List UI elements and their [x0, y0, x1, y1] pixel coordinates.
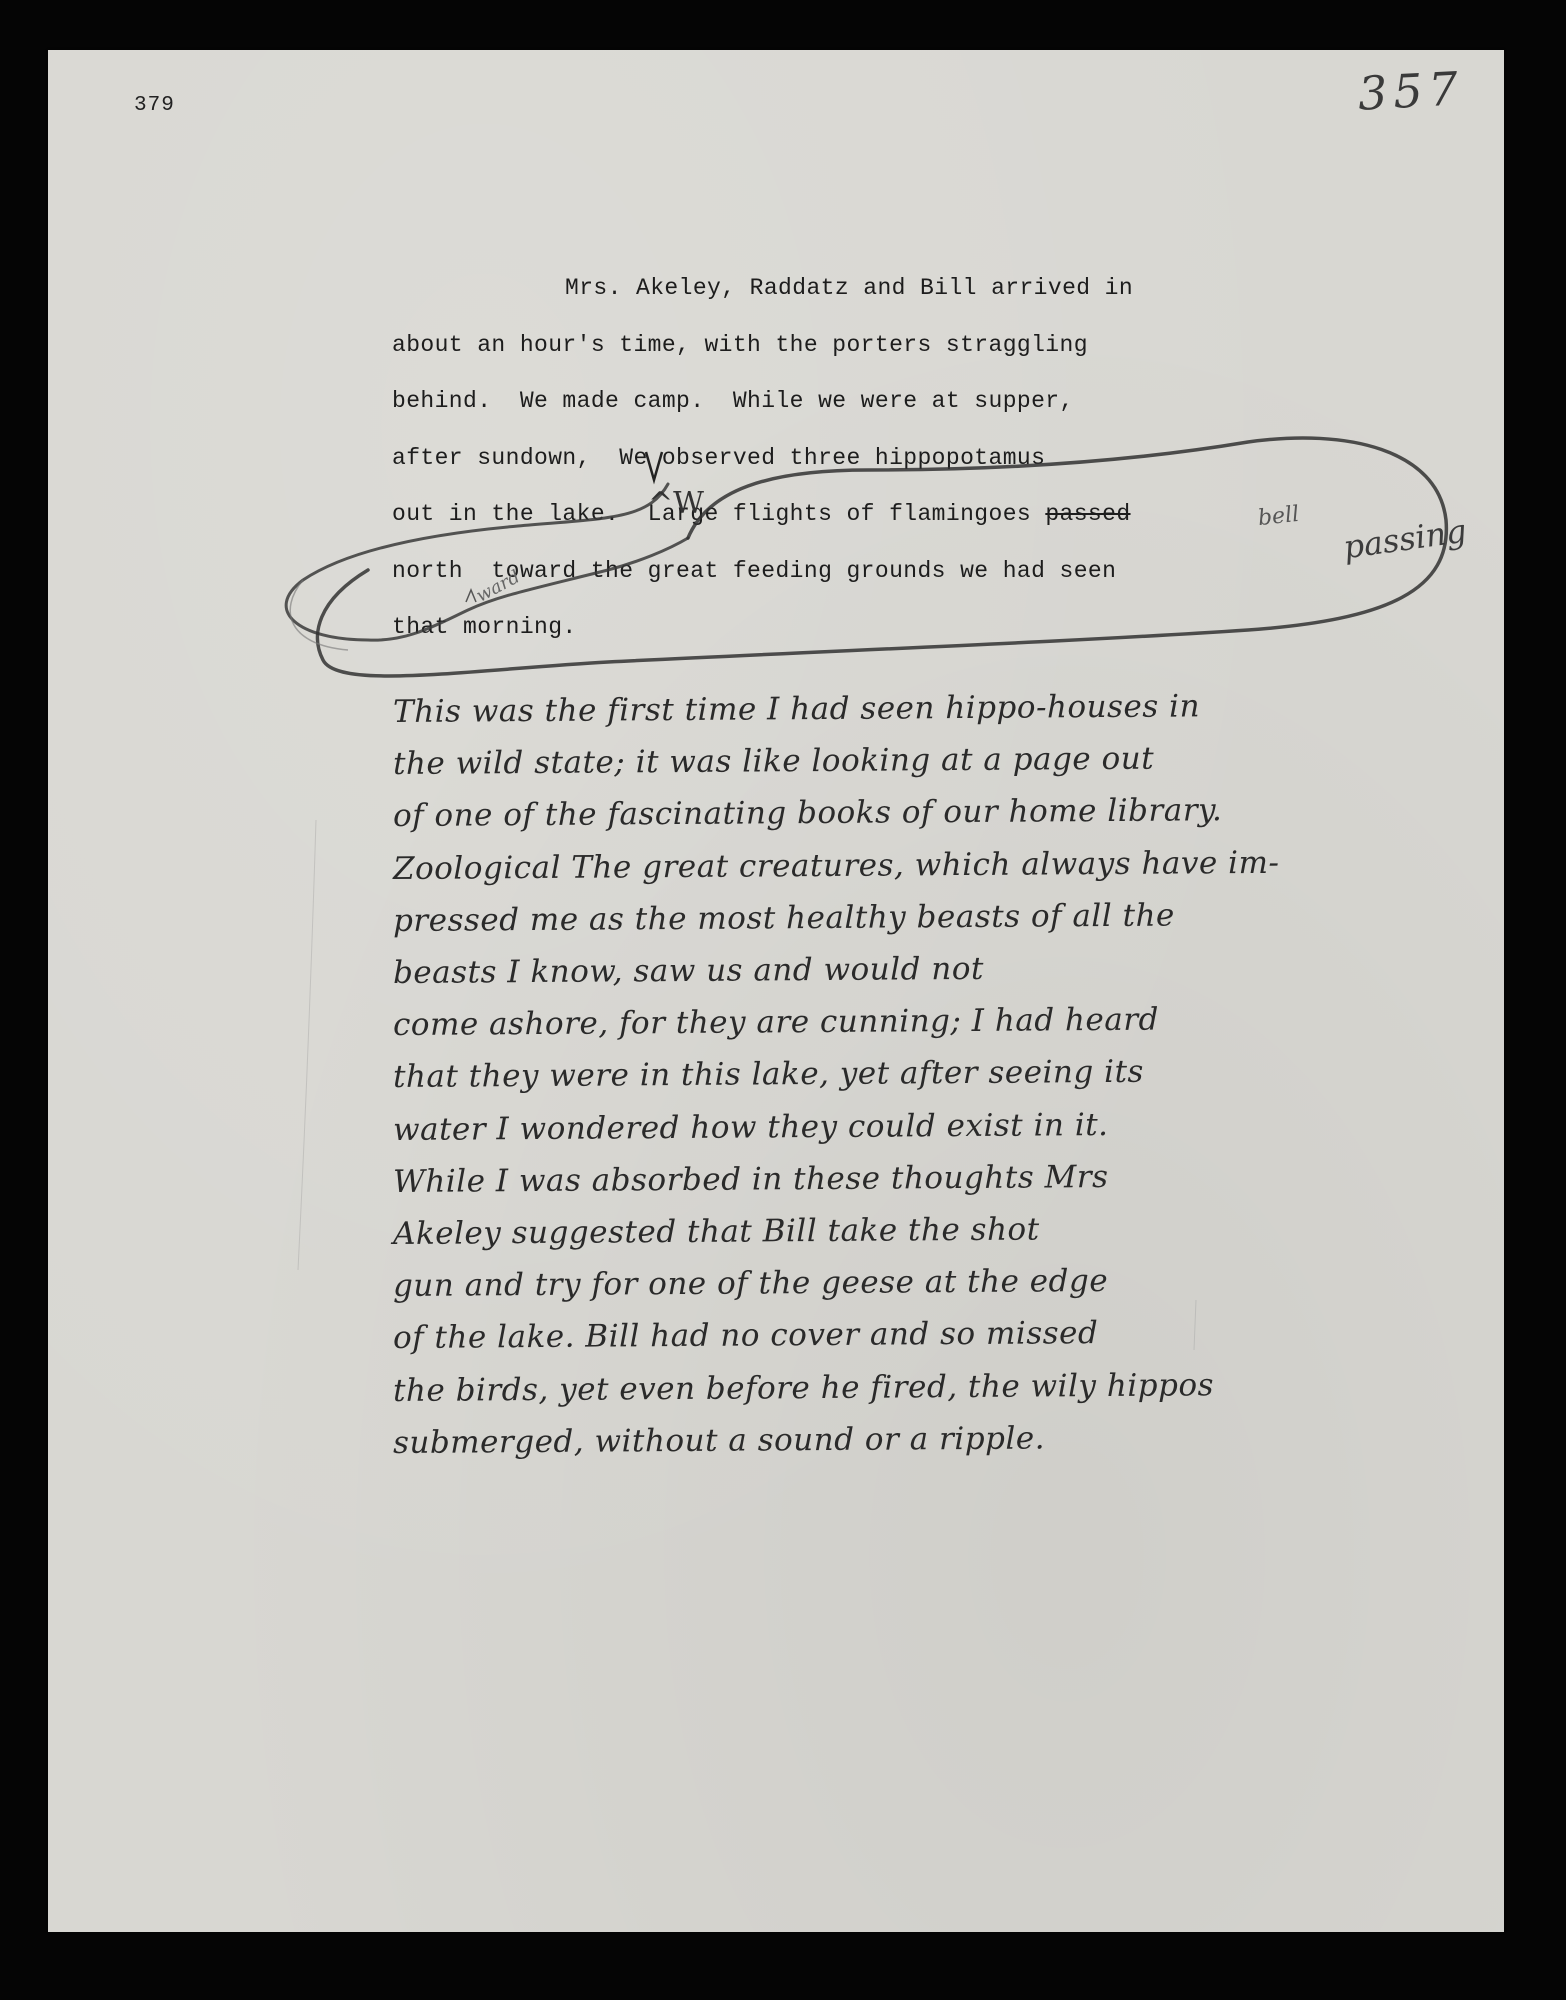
- handwritten-line: This was the first time I had seen hippo…: [393, 678, 1493, 738]
- typed-line: Mrs. Akeley, Raddatz and Bill arrived in: [392, 260, 1352, 317]
- handwritten-line: submerged, without a sound or a ripple.: [393, 1409, 1493, 1469]
- handwritten-line: of one of the fascinating books of our h…: [393, 783, 1493, 843]
- handwritten-line: Zoological The great creatures, which al…: [393, 835, 1493, 895]
- handwritten-line: beasts I know, saw us and would not: [393, 939, 1493, 999]
- typed-page-number: 379: [134, 94, 175, 117]
- handwritten-line: pressed me as the most healthy beasts of…: [393, 887, 1493, 947]
- typed-line-text: out in the lake. Large flights of flamin…: [392, 501, 1045, 527]
- typed-line: after sundown, We observed three hippopo…: [392, 430, 1352, 487]
- handwritten-line: the wild state; it was like looking at a…: [393, 731, 1493, 791]
- handwritten-paragraph: This was the first time I had seen hippo…: [393, 686, 1493, 1469]
- handwritten-line: that they were in this lake, yet after s…: [393, 1044, 1493, 1104]
- handwritten-line: of the lake. Bill had no cover and so mi…: [393, 1305, 1493, 1365]
- handwritten-line: gun and try for one of the geese at the …: [393, 1253, 1493, 1313]
- handwritten-line: come ashore, for they are cunning; I had…: [393, 992, 1493, 1052]
- handwritten-line: the birds, yet even before he fired, the…: [393, 1357, 1493, 1417]
- struck-word: passed: [1045, 501, 1130, 527]
- insert-caret-annotation: ^W: [648, 486, 704, 521]
- handwritten-line: Akeley suggested that Bill take the shot: [393, 1200, 1493, 1260]
- typed-line: that morning.: [392, 599, 1352, 656]
- margin-annotation-bell: bell: [1257, 502, 1301, 531]
- typed-line: out in the lake. Large flights of flamin…: [392, 486, 1352, 543]
- handwritten-page-number: 357: [1357, 61, 1465, 120]
- document-page: 379 357 Mrs. Akeley, Raddatz and Bill ar…: [48, 50, 1504, 1932]
- typed-paragraph: Mrs. Akeley, Raddatz and Bill arrived in…: [392, 260, 1352, 656]
- handwritten-line: water I wondered how they could exist in…: [393, 1096, 1493, 1156]
- handwritten-line: While I was absorbed in these thoughts M…: [393, 1148, 1493, 1208]
- margin-annotation-passing: passing: [1341, 512, 1469, 567]
- typed-line: north toward the great feeding grounds w…: [392, 543, 1352, 600]
- typed-line: about an hour's time, with the porters s…: [392, 317, 1352, 374]
- typed-line: behind. We made camp. While we were at s…: [392, 373, 1352, 430]
